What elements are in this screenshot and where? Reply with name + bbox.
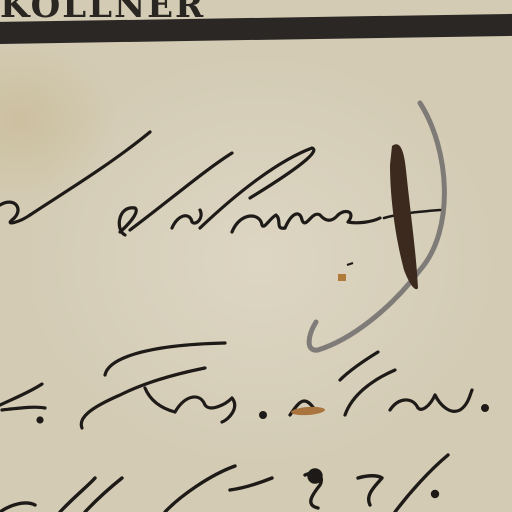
herbarium-label-photo: KOLLNER — [0, 0, 512, 512]
orange-fleck — [338, 274, 346, 281]
specimen-fragment — [390, 144, 418, 289]
handwriting-line-3 — [0, 455, 448, 512]
pencil-arc — [309, 103, 444, 350]
handwriting-layer — [0, 0, 512, 512]
handwriting-line-1 — [0, 132, 440, 235]
handwriting-line-2 — [0, 343, 487, 428]
